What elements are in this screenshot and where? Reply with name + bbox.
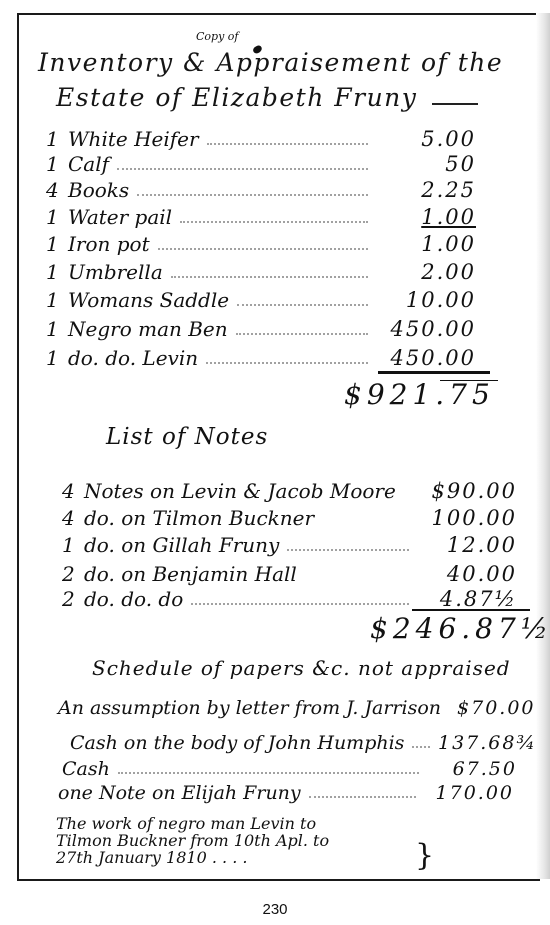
dot-leader xyxy=(237,304,368,306)
item-quantity: 1 xyxy=(46,346,68,370)
schedule-amount: $70.00 xyxy=(457,697,535,719)
item-quantity: 1 xyxy=(46,317,68,341)
schedule-description: one Note on Elijah Fruny xyxy=(58,782,301,804)
dot-leader xyxy=(412,746,430,748)
title-underline xyxy=(432,103,478,105)
dot-leader xyxy=(137,194,368,196)
note-quantity: 1 xyxy=(62,533,84,557)
dot-leader xyxy=(117,168,368,170)
page-number: 230 xyxy=(0,901,550,918)
work-note-line-1: The work of negro man Levin to xyxy=(56,815,316,832)
note-description: do. on Gillah Fruny xyxy=(84,533,279,557)
schedule-description: An assumption by letter from J. Jarrison xyxy=(58,697,441,719)
dot-leader xyxy=(287,549,409,551)
schedule-description: Cash xyxy=(62,758,110,780)
schedule-heading: Schedule of papers &c. not appraised xyxy=(92,656,511,680)
note-description: do. do. do xyxy=(84,587,183,611)
notes-row: 2 do. do. do 4.87½ xyxy=(62,581,517,611)
item-amount: 1.00 xyxy=(376,232,476,256)
schedule-row: An assumption by letter from J. Jarrison… xyxy=(58,697,522,719)
inventory-sum-rule xyxy=(378,371,490,374)
dot-leader xyxy=(191,603,409,605)
schedule-amount: 170.00 xyxy=(424,782,514,804)
work-note-line-2: Tilmon Buckner from 10th Apl. to xyxy=(56,832,329,849)
notes-row: 4 do. on Tilmon Buckner 100.00 xyxy=(62,500,517,530)
notes-heading: List of Notes xyxy=(106,424,268,450)
notes-sum-rule xyxy=(412,609,530,611)
inventory-total: $921.75 xyxy=(344,378,495,411)
note-amount: 12.00 xyxy=(417,533,517,557)
dot-leader xyxy=(171,276,368,278)
notes-row: 4 Notes on Levin & Jacob Moore $90.00 xyxy=(62,473,517,503)
bracket-mark: } xyxy=(415,838,434,873)
item-description: Womans Saddle xyxy=(68,288,229,312)
dot-leader xyxy=(236,333,368,335)
document-title-line-1: Inventory & Appraisement of the xyxy=(38,48,503,77)
inventory-row: 1 Water pail 1.00 xyxy=(46,199,476,229)
item-description: Iron pot xyxy=(68,232,150,256)
notes-total: $246.87½ xyxy=(370,612,550,645)
item-description: Negro man Ben xyxy=(68,317,228,341)
schedule-row: one Note on Elijah Fruny 170.00 xyxy=(58,782,514,804)
dot-leader xyxy=(158,248,368,250)
page-edge-shadow xyxy=(536,13,550,879)
item-quantity: 1 xyxy=(46,260,68,284)
schedule-description: Cash on the body of John Humphis xyxy=(70,732,404,754)
dot-leader xyxy=(206,362,368,364)
item-amount: 450.00 xyxy=(376,346,476,370)
inventory-row: 1 Iron pot 1.00 xyxy=(46,226,476,256)
copy-insertion-mark: Copy of xyxy=(196,30,239,43)
notes-row: 1 do. on Gillah Fruny 12.00 xyxy=(62,527,517,557)
inventory-row: 1 do. do. Levin 450.00 xyxy=(46,340,476,370)
item-description: do. do. Levin xyxy=(68,346,198,370)
inventory-row: 4 Books 2.25 xyxy=(46,172,476,202)
inventory-row: 1 Negro man Ben 450.00 xyxy=(46,311,476,341)
dot-leader xyxy=(118,772,419,774)
document-title-line-2: Estate of Elizabeth Fruny xyxy=(56,83,417,112)
schedule-amount: 137.68¾ xyxy=(438,732,528,754)
item-amount: 2.00 xyxy=(376,260,476,284)
item-description: Umbrella xyxy=(68,260,163,284)
note-quantity: 2 xyxy=(62,587,84,611)
dot-leader xyxy=(309,796,416,798)
schedule-row: Cash 67.50 xyxy=(62,758,517,780)
item-amount: 450.00 xyxy=(376,317,476,341)
inventory-row: 1 Umbrella 2.00 xyxy=(46,254,476,284)
note-amount: 4.87½ xyxy=(417,587,517,611)
item-quantity: 1 xyxy=(46,232,68,256)
item-quantity: 1 xyxy=(46,288,68,312)
schedule-row: Cash on the body of John Humphis 137.68¾ xyxy=(70,732,528,754)
schedule-amount: 67.50 xyxy=(427,758,517,780)
work-note-line-3: 27th January 1810 . . . . xyxy=(56,849,247,866)
inventory-row: 1 Womans Saddle 10.00 xyxy=(46,282,476,312)
dot-leader xyxy=(207,143,368,145)
dot-leader xyxy=(180,221,368,223)
item-amount: 10.00 xyxy=(376,288,476,312)
